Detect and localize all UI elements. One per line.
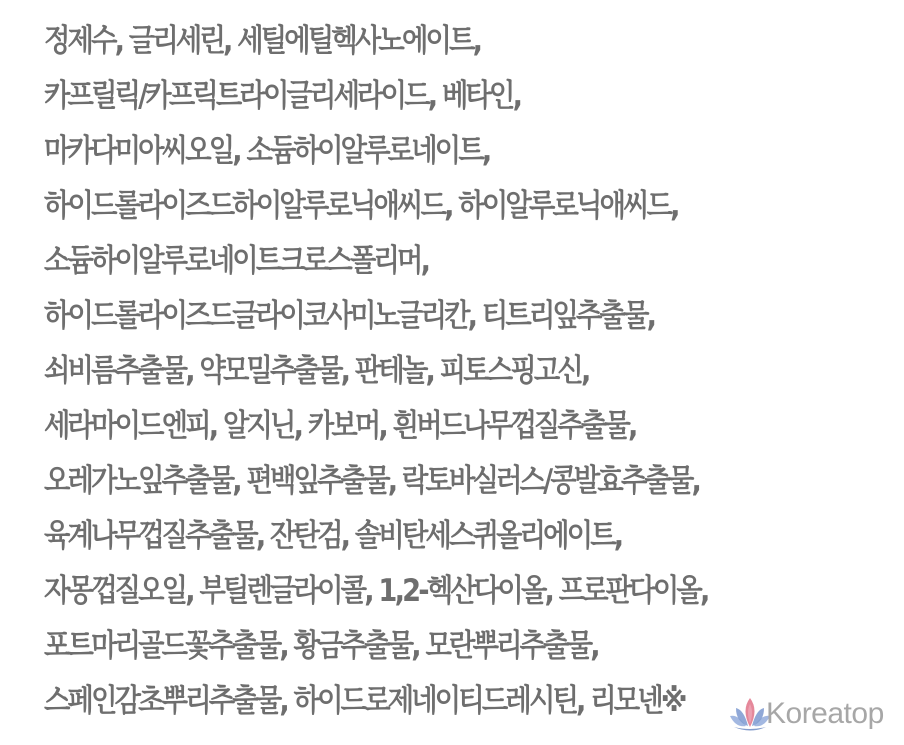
ingredient-line: 자몽껍질오일, 부틸렌글라이콜, 1,2-헥산다이올, 프로판다이올, — [44, 564, 801, 619]
ingredient-list: 정제수, 글리세린, 세틸에틸헥사노에이트, 카프릴릭/카프릭트라이글리세라이드… — [44, 14, 904, 729]
ingredient-line: 마카다미아씨오일, 소듐하이알루로네이트, — [44, 124, 801, 179]
ingredient-line: 하이드롤라이즈드글라이코사미노글리칸, 티트리잎추출물, — [44, 289, 801, 344]
ingredient-line: 오레가노잎추출물, 편백잎추출물, 락토바실러스/콩발효추출물, — [44, 454, 801, 509]
ingredient-line: 소듐하이알루로네이트크로스폴리머, — [44, 234, 801, 289]
ingredient-line: 스페인감초뿌리추출물, 하이드로제네이티드레시틴, 리모넨※ — [44, 674, 801, 729]
watermark: Koreatop — [728, 690, 884, 738]
ingredient-line: 정제수, 글리세린, 세틸에틸헥사노에이트, — [44, 14, 801, 69]
ingredient-line: 쇠비름추출물, 약모밀추출물, 판테놀, 피토스핑고신, — [44, 344, 801, 399]
ingredient-line: 하이드롤라이즈드하이알루로닉애씨드, 하이알루로닉애씨드, — [44, 179, 801, 234]
ingredient-line: 육계나무껍질추출물, 잔탄검, 솔비탄세스퀴올리에이트, — [44, 509, 801, 564]
ingredient-line: 포트마리골드꽃추출물, 황금추출물, 모란뿌리추출물, — [44, 619, 801, 674]
ingredient-line: 카프릴릭/카프릭트라이글리세라이드, 베타인, — [44, 69, 801, 124]
ingredient-line: 세라마이드엔피, 알지닌, 카보머, 흰버드나무껍질추출물, — [44, 399, 801, 454]
watermark-text: Koreatop — [766, 697, 884, 731]
